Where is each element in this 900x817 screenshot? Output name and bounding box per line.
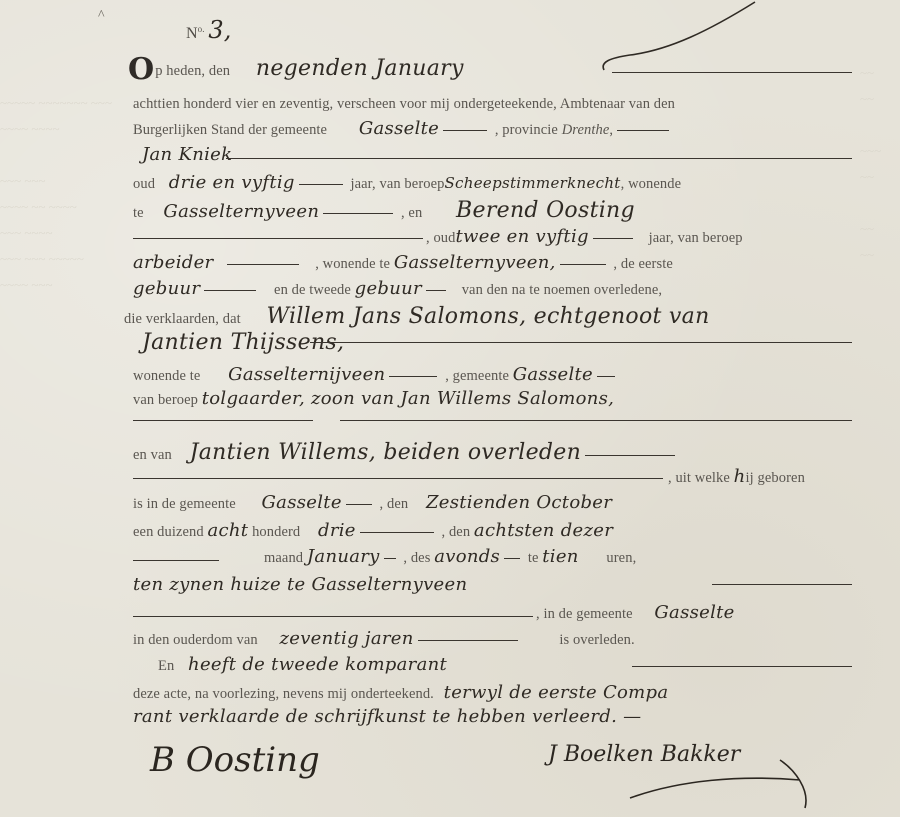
line-21: , in de gemeente Gasselte xyxy=(536,602,735,623)
hw-death-municipality: Gasselte xyxy=(654,602,734,623)
hw-municipality: Gasselte xyxy=(359,118,439,139)
hw-relation-1: gebuur xyxy=(133,278,200,299)
pen-flourish-icon xyxy=(560,0,760,80)
fill-rule xyxy=(632,666,852,667)
line-2: achttien honderd vier en zeventig, versc… xyxy=(133,96,675,113)
hw-age-2: twee en vyftig xyxy=(456,226,589,247)
fill-rule xyxy=(310,342,852,343)
margin-mark: ^ xyxy=(98,8,105,24)
line-5: oud drie en vyftig jaar, van beroepSchee… xyxy=(133,172,681,193)
hw-birth-date: Zestienden October xyxy=(426,492,612,513)
fill-rule xyxy=(133,478,663,479)
line-3: Burgerlijken Stand der gemeente Gasselte… xyxy=(133,118,673,139)
line-19: maand January , des avonds te tien uren, xyxy=(226,546,636,567)
hw-date: negenden January xyxy=(256,56,464,81)
line-12: wonende te Gasselternijveen , gemeente G… xyxy=(133,364,619,385)
line-6: te Gasselternyveen , en Berend Oosting xyxy=(133,198,635,223)
hw-birth-year: drie xyxy=(318,520,356,541)
act-number-value: 3, xyxy=(208,16,231,44)
hw-birthplace: Gasselte xyxy=(262,492,342,513)
line-15: en van Jantien Willems, beiden overleden xyxy=(133,440,679,465)
line-20: ten zynen huize te Gasselternyveen xyxy=(133,574,467,595)
hw-death-time: avonds xyxy=(434,546,500,567)
document-page: ~~~~~ ~~~~~~~ ~~~~~~~ ~~~~~~~ ~~~~~~~ ~~… xyxy=(0,0,900,817)
hw-death-month: January xyxy=(307,546,380,567)
fill-rule xyxy=(340,420,852,421)
hw-deceased-name: Willem Jans Salomons, echtgenoot van xyxy=(266,304,709,329)
hw-occupation-1: Scheepstimmerknecht xyxy=(444,174,620,192)
fill-rule xyxy=(133,616,533,617)
line-22: in den ouderdom van zeventig jaren is ov… xyxy=(133,628,635,649)
fill-rule xyxy=(226,158,852,159)
drop-cap: O xyxy=(128,52,154,87)
hw-age-deceased: zeventig jaren xyxy=(279,628,413,649)
hw-death-place: ten zynen huize te Gasselternyveen xyxy=(133,574,467,595)
line-1: Op heden, den negenden January xyxy=(128,52,464,87)
hw-declarant-1: Jan Kniek xyxy=(142,144,232,165)
fill-rule xyxy=(133,238,423,239)
line-10: die verklaarden, dat Willem Jans Salomon… xyxy=(124,304,710,329)
line-13: van beroep tolgaarder, zoon van Jan Will… xyxy=(133,388,614,409)
hw-age-1: drie en vyftig xyxy=(169,172,295,193)
hw-declarant-2: Berend Oosting xyxy=(456,198,635,223)
line-4: Jan Kniek xyxy=(142,144,232,165)
line-17: is in de gemeente Gasselte , den Zestien… xyxy=(133,492,612,513)
hw-remark-2: rant verklaarde de schrijfkunst te hebbe… xyxy=(133,706,641,727)
hw-signing-note: heeft de tweede komparant xyxy=(188,654,447,675)
line-8: arbeider , wonende te Gasselternyveen, ,… xyxy=(133,252,673,273)
fill-rule xyxy=(133,420,313,421)
hw-death-hour: tien xyxy=(542,546,578,567)
hw-residence-2: Gasselternyveen, xyxy=(394,252,556,273)
hw-birth-century: acht xyxy=(207,520,248,541)
hw-municipality-deceased: Gasselte xyxy=(513,364,593,385)
bleed-through-left: ~~~~~ ~~~~~~~ ~~~~~~~ ~~~~~~~ ~~~~~~~ ~~… xyxy=(0,90,120,298)
hw-residence-deceased: Gasselternijveen xyxy=(228,364,385,385)
line-16: , uit welke hij geboren xyxy=(668,466,805,487)
hw-occupation-deceased: tolgaarder, zoon van Jan Willems Salomon… xyxy=(202,388,614,409)
line-25: rant verklaarde de schrijfkunst te hebbe… xyxy=(133,706,641,727)
line-9: gebuur en de tweede gebuur van den na te… xyxy=(133,278,662,299)
hw-remark-1: terwyl de eerste Compa xyxy=(444,682,669,703)
hw-residence-1: Gasselternyveen xyxy=(163,201,319,222)
line-18: een duizend acht honderd drie , den acht… xyxy=(133,520,613,541)
line-23: En heeft de tweede komparant xyxy=(158,654,447,675)
hw-death-day: achtsten dezer xyxy=(474,520,613,541)
province: Drenthe xyxy=(562,122,610,138)
act-number: No. 3, xyxy=(186,16,231,44)
fill-rule xyxy=(712,584,852,585)
line-7: , oudtwee en vyftig jaar, van beroep xyxy=(426,226,743,247)
hw-relation-2: gebuur xyxy=(355,278,422,299)
hw-mother-name: Jantien Willems, beiden overleden xyxy=(190,440,582,465)
line-24: deze acte, na voorlezing, nevens mij ond… xyxy=(133,682,668,703)
hw-occupation-2: arbeider xyxy=(133,252,213,273)
bleed-through-right: ~~~~~~~~~~~~~ xyxy=(860,60,900,268)
signature-declarant: B Oosting xyxy=(150,740,320,780)
fill-rule xyxy=(612,72,852,73)
fill-rule xyxy=(133,560,219,561)
signature-flourish-icon xyxy=(620,750,820,810)
